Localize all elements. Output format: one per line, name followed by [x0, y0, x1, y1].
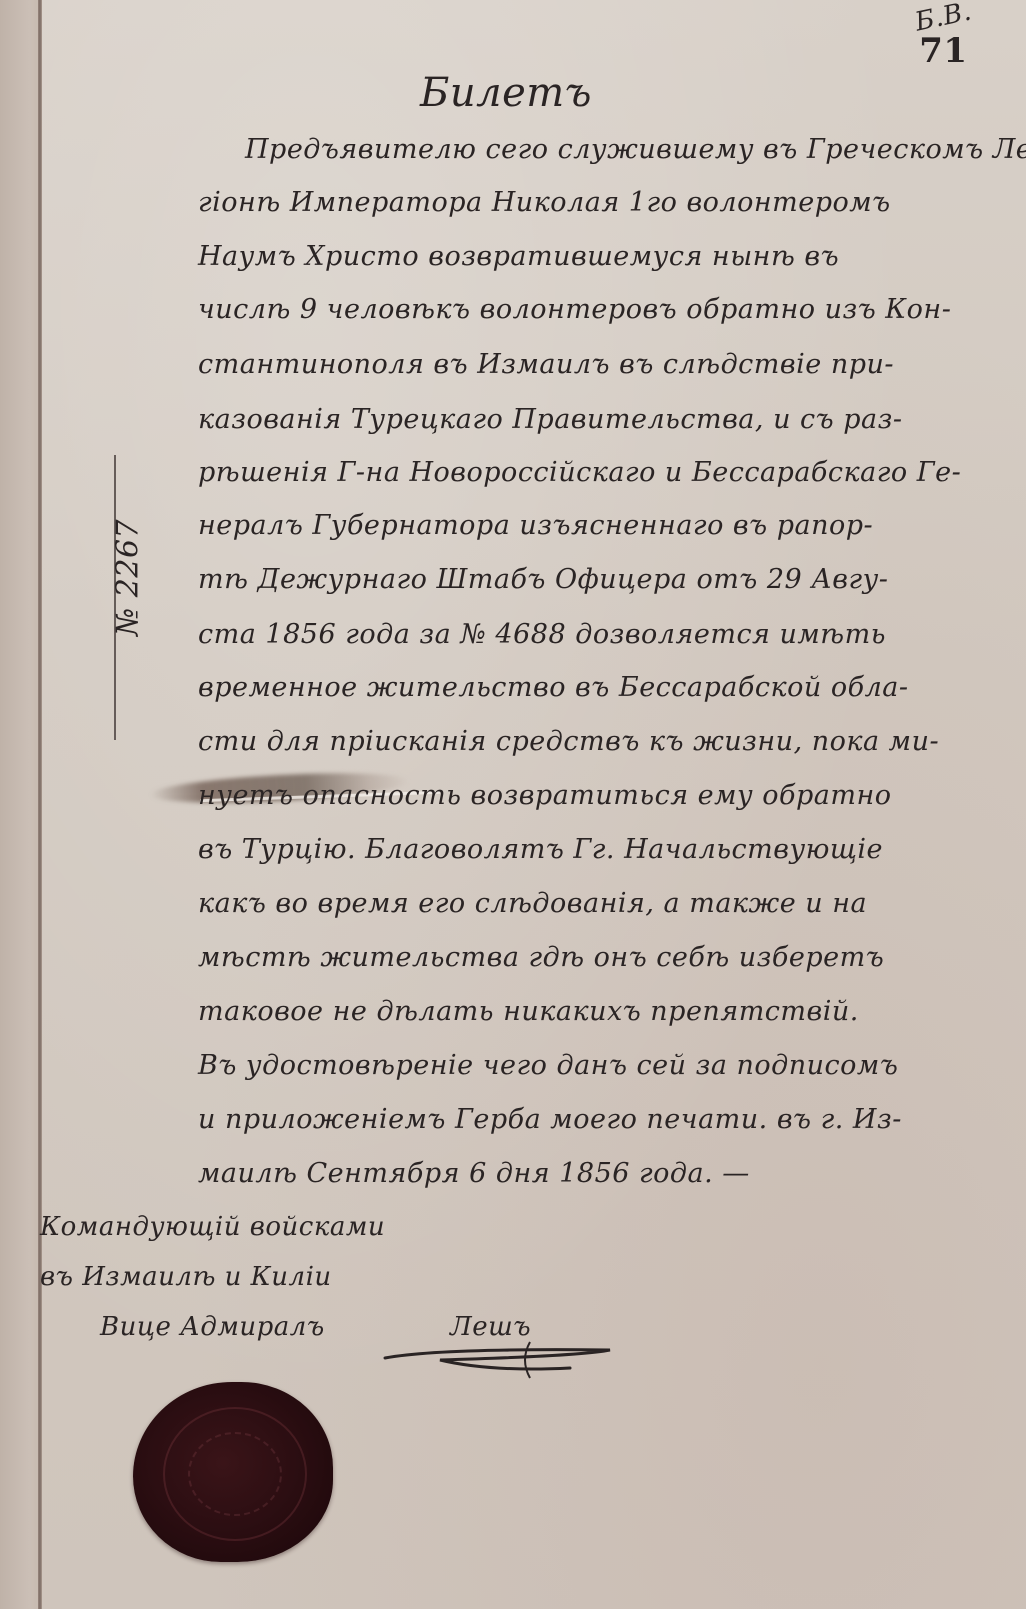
signature-flourish [380, 1340, 620, 1380]
signature: Лешъ [450, 1312, 531, 1342]
body-line: нуетъ опасность возвратиться ему обратно [198, 776, 892, 816]
wax-seal [133, 1382, 333, 1562]
binding-strip [0, 0, 42, 1609]
body-line: рѣшенія Г-на Новороссійскаго и Бессарабс… [198, 453, 961, 493]
body-line: таковое не дѣлать никакихъ препятствій. [198, 992, 859, 1032]
body-line: какъ во время его слѣдованія, а также и … [198, 884, 867, 924]
closing-rank: Вице Адмиралъ [100, 1312, 325, 1342]
body-line: и приложеніемъ Герба моего печати. въ г.… [198, 1100, 902, 1140]
closing-title: Командующій войсками [40, 1212, 385, 1242]
document-title: Билетъ [420, 70, 592, 116]
body-line: маилѣ Сентября 6 дня 1856 года. — [198, 1154, 750, 1194]
body-line: числѣ 9 человѣкъ волонтеровъ обратно изъ… [198, 290, 951, 330]
body-line: нералъ Губернатора изъясненнаго въ рапор… [198, 506, 873, 546]
body-line: временное жительство въ Бессарабской обл… [198, 668, 909, 708]
body-line: гіонѣ Императора Николая 1го волонтеромъ [198, 183, 891, 223]
body-line: Предъявителю сего служившему въ Греческо… [245, 130, 1026, 170]
body-line: мѣстѣ жительства гдѣ онъ себѣ изберетъ [198, 938, 884, 978]
body-line: Наумъ Христо возвратившемуся нынѣ въ [198, 237, 839, 277]
body-line: тѣ Дежурнаго Штабъ Офицера отъ 29 Авгу- [198, 560, 888, 600]
closing-location: въ Измаилѣ и Килiи [40, 1262, 332, 1292]
body-line: въ Турцію. Благоволятъ Гг. Начальствующі… [198, 830, 883, 870]
body-line: ста 1856 года за № 4688 дозволяется имѣт… [198, 615, 886, 655]
archive-page-number: 71 [915, 36, 972, 66]
body-line: стантинополя въ Измаилъ въ слѣдствіе при… [198, 345, 894, 385]
archive-mark: Б.В. 71 [915, 2, 972, 66]
body-line: Въ удостовѣреніе чего данъ сей за подпис… [198, 1046, 898, 1086]
binding-edge [38, 0, 42, 1609]
body-line: сти для пріисканія средствъ къ жизни, по… [198, 722, 939, 762]
registration-number: № 2267 [111, 468, 146, 688]
document-page: Билетъ Б.В. 71 № 2267 Предъявителю сего … [0, 0, 1026, 1609]
body-line: казованія Турецкаго Правительства, и съ … [198, 400, 902, 440]
